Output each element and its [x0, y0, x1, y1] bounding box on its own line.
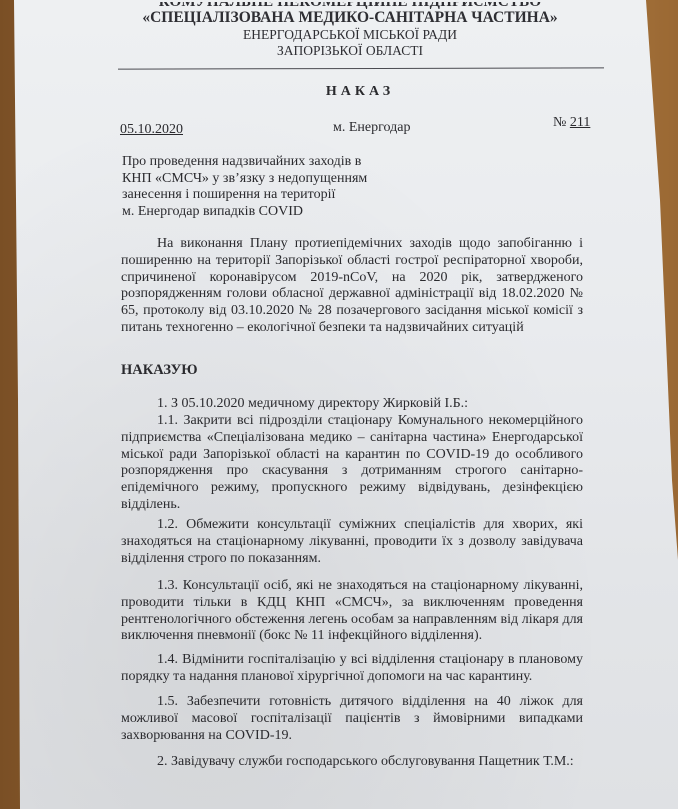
order-subject: Про проведення надзвичайних заходів в КН…	[122, 154, 452, 220]
order-item-1-5: 1.5. Забезпечити готовність дитячого від…	[121, 694, 583, 744]
order-document: КОМУНАЛЬНЕ НЕКОМЕРЦІЙНЕ ПІДПРИЄМСТВО «СП…	[0, 0, 678, 809]
document-title: НАКАЗ	[100, 84, 620, 100]
order-item-1: 1. З 05.10.2020 медичному директору Жирк…	[121, 396, 583, 413]
order-item-1-1: 1.1. Закрити всі підрозділи стаціонару К…	[121, 413, 583, 514]
order-item-1-4: 1.4. Відмінити госпіталізацію у всі відд…	[121, 652, 583, 686]
order-city: м. Енергодар	[333, 120, 410, 136]
orders-label: НАКАЗУЮ	[121, 362, 198, 379]
header-divider	[118, 67, 604, 69]
preamble-paragraph: На виконання Плану протиепідемічних захо…	[121, 236, 583, 337]
order-item-1-3: 1.3. Консультації осіб, які не знаходять…	[121, 578, 583, 645]
order-number: № 211	[553, 115, 590, 131]
header-org-name: «СПЕЦІАЛІЗОВАНА МЕДИКО-САНІТАРНА ЧАСТИНА…	[100, 9, 600, 27]
order-date: 05.10.2020	[120, 122, 183, 138]
order-item-1-2: 1.2. Обмежити консультації суміжних спец…	[121, 517, 583, 567]
order-number-value: 211	[570, 115, 590, 130]
header-city-council: ЕНЕРГОДАРСЬКОЇ МІСЬКОЇ РАДИ	[100, 27, 600, 43]
order-item-2: 2. Завідувачу служби господарського обсл…	[121, 754, 583, 771]
header-region: ЗАПОРІЗЬКОЇ ОБЛАСТІ	[100, 43, 600, 59]
